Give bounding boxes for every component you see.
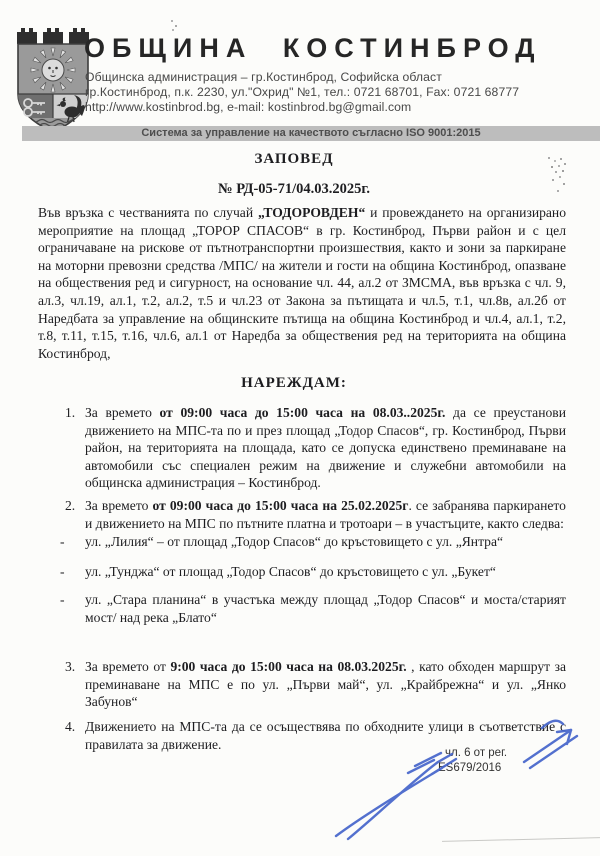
- street-restriction-1-text: ул. „Лилия“ – от площад „Тодор Спасов“ д…: [85, 533, 566, 551]
- order-item-1-number: 1.: [65, 404, 75, 422]
- dash-marker: -: [60, 591, 65, 609]
- municipality-coat-of-arms-icon: [14, 26, 92, 136]
- order-item-1-text: За времето от 09:00 часа до 15:00 часа н…: [85, 404, 566, 492]
- order-item-3: 3. За времето от 9:00 часа до 15:00 часа…: [65, 658, 566, 711]
- iso-quality-banner: Система за управление на качеството съгл…: [22, 126, 600, 141]
- order-item-3-number: 3.: [65, 658, 75, 676]
- preamble-paragraph: Във връзка с честванията по случай „ТОДО…: [38, 204, 566, 362]
- order-heading: НАРЕЖДАМ:: [0, 375, 588, 392]
- street-restriction-2-text: ул. „Тунджа“ от площад „Тодор Спасов“ до…: [85, 563, 566, 581]
- order-item-2-number: 2.: [65, 497, 75, 515]
- scan-noise-speckles: [548, 157, 550, 159]
- order-item-3-text: За времето от 9:00 часа до 15:00 часа на…: [85, 658, 566, 711]
- order-item-1: 1. За времето от 09:00 часа до 15:00 час…: [65, 404, 566, 492]
- street-restriction-3: - ул. „Стара планина“ в участъка между п…: [60, 591, 566, 626]
- address-line-1: Общинска администрация – гр.Костинброд, …: [85, 70, 442, 84]
- street-restriction-3-text: ул. „Стара планина“ в участъка между пло…: [85, 591, 566, 626]
- pen-signature-strokes: [320, 712, 600, 856]
- street-restriction-2: - ул. „Тунджа“ от площад „Тодор Спасов“ …: [60, 563, 566, 581]
- scanned-order-document: ОБЩИНА КОСТИНБРОД Общинска администрация…: [0, 0, 600, 856]
- document-type-heading: ЗАПОВЕД: [0, 151, 588, 168]
- street-restriction-1: - ул. „Лилия“ – от площад „Тодор Спасов“…: [60, 533, 566, 551]
- order-item-2: 2. За времето от 09:00 часа до 15:00 час…: [65, 497, 566, 532]
- document-number: № РД-05-71/04.03.2025г.: [0, 181, 588, 198]
- dash-marker: -: [60, 563, 65, 581]
- order-item-4-number: 4.: [65, 718, 75, 736]
- address-line-3: http://www.kostinbrod.bg, e-mail: kostin…: [85, 100, 411, 114]
- dash-marker: -: [60, 533, 65, 551]
- order-item-2-text: За времето от 09:00 часа до 15:00 часа н…: [85, 497, 566, 532]
- address-line-2: гр.Костинброд, п.к. 2230, ул."Охрид" №1,…: [85, 85, 519, 99]
- scan-noise-speckles-top: [171, 20, 173, 22]
- municipality-name: ОБЩИНА КОСТИНБРОД: [84, 33, 541, 64]
